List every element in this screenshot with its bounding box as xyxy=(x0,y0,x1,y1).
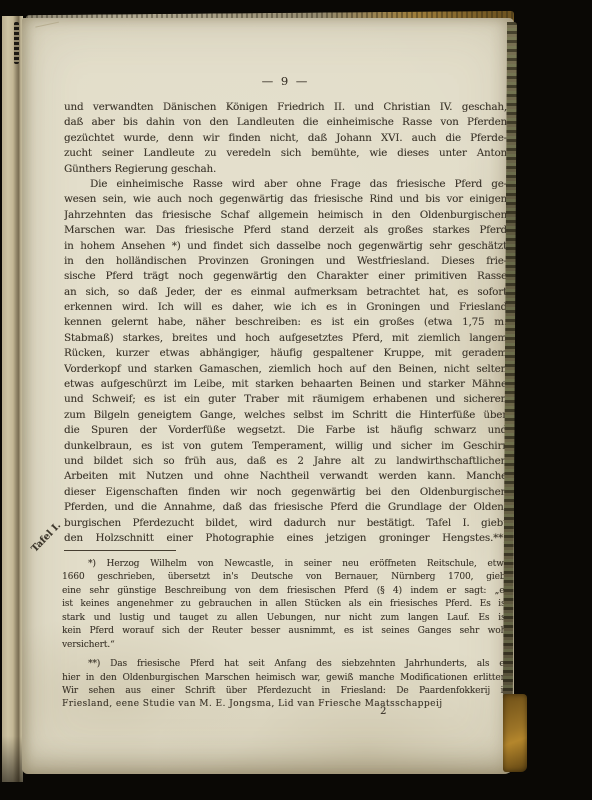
text-line: und bildet sich so früh aus, daß es 2 Ja… xyxy=(64,454,507,469)
text-line: erkennen wird. Ich will es daher, wie ic… xyxy=(64,300,507,315)
binding-stitch xyxy=(14,22,19,64)
text-line: zum Bilgeln geneigtem Gange, welches sel… xyxy=(64,408,507,423)
text-line: burgischen Pferdezucht bildet, wird dadu… xyxy=(64,516,507,531)
text-line: 1660 geschrieben, übersetzt in's Deutsch… xyxy=(62,571,509,584)
text-line: **) Das friesische Pferd hat seit Anfang… xyxy=(62,658,509,671)
text-line: Jahrzehnten das friesische Schaf allgeme… xyxy=(64,208,507,223)
book-gutter-edge xyxy=(0,16,23,782)
text-line: Rücken, kurzer etwas abhängiger, häufig … xyxy=(64,346,507,361)
text-line: gezüchtet wurde, denn wir finden nicht, … xyxy=(64,131,507,146)
text-line: dunkelbraun, es ist von gutem Temperamen… xyxy=(64,439,507,454)
text-line: den Holzschnitt einer Photographie eines… xyxy=(64,531,507,546)
text-line: versichert.“ xyxy=(62,639,509,652)
text-line: kein Pferd worauf sich der Reuter besser… xyxy=(62,625,509,638)
text-line: zucht seiner Landleute zu veredeln sich … xyxy=(64,146,507,161)
text-line: hier in den Oldenburgischen Marschen hei… xyxy=(62,672,509,685)
text-line: *) Herzog Wilhelm von Newcastle, in sein… xyxy=(62,558,509,571)
text-line: Wir sehen aus einer Schrift über Pferdez… xyxy=(62,685,509,698)
text-line: sische Pferd trägt noch gegenwärtig den … xyxy=(64,269,507,284)
page-scuff-mark xyxy=(35,22,60,36)
text-line: daß aber bis dahin von den Landleuten di… xyxy=(64,115,507,130)
text-line: kennen gelernt habe, näher beschreiben: … xyxy=(64,315,507,330)
text-line: Arbeiten mit Nutzen und ohne Nachtheil v… xyxy=(64,469,507,484)
footnote: *) Herzog Wilhelm von Newcastle, in sein… xyxy=(62,558,509,652)
signature-mark: 2 xyxy=(380,706,386,717)
text-line: Friesland, eene Studie van M. E. Jongsma… xyxy=(62,698,509,711)
text-line: in den holländischen Provinzen Groningen… xyxy=(64,254,507,269)
text-line: Günthers Regierung geschah. xyxy=(64,162,507,177)
text-line: die Spuren der Vorderfüße wegsetzt. Die … xyxy=(64,423,507,438)
text-line: Marschen war. Das friesische Pferd stand… xyxy=(64,223,507,238)
text-line: Stabmaß) starkes, breites und hoch aufge… xyxy=(64,331,507,346)
text-line: Die einheimische Rasse wird aber ohne Fr… xyxy=(64,177,507,192)
book-cover-corner xyxy=(503,694,527,772)
page-number: — 9 — xyxy=(64,74,507,88)
text-line: etwas aufgeschürzt im Leibe, mit starken… xyxy=(64,377,507,392)
text-line: dieser Eigenschaften finden wir noch geg… xyxy=(64,485,507,500)
text-line: und verwandten Dänischen Königen Friedri… xyxy=(64,100,507,115)
text-line: in hohem Ansehen *) und findet sich dass… xyxy=(64,239,507,254)
footnote: **) Das friesische Pferd hat seit Anfang… xyxy=(62,658,509,712)
text-line: an sich, so daß Jeder, der es einmal auf… xyxy=(64,285,507,300)
footnote-rule xyxy=(64,550,176,551)
text-line: ist keines angenehmer zu gebrauchen in a… xyxy=(62,598,509,611)
body-text: und verwandten Dänischen Königen Friedri… xyxy=(64,100,507,546)
text-line: und Schweif; es ist ein guter Traber mit… xyxy=(64,392,507,407)
book-page: — 9 — Tafel I. und verwandten Dänischen … xyxy=(22,18,514,774)
book-photo: — 9 — Tafel I. und verwandten Dänischen … xyxy=(0,0,592,800)
text-line: eine sehr günstige Beschreibung von dem … xyxy=(62,585,509,598)
text-line: Pferden, und die Annahme, daß das friesi… xyxy=(64,500,507,515)
footnotes: *) Herzog Wilhelm von Newcastle, in sein… xyxy=(62,558,509,712)
text-line: Vorderkopf und starken Gamaschen, ziemli… xyxy=(64,362,507,377)
text-line: wesen sein, wie auch noch gegenwärtig da… xyxy=(64,192,507,207)
text-line: stark und lustig und tauget zu allen Ueb… xyxy=(62,612,509,625)
